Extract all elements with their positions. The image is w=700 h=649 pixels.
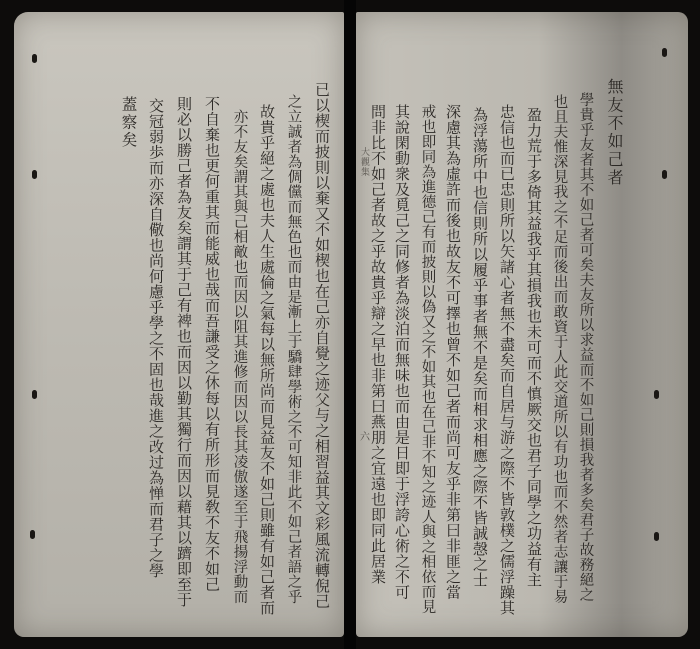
text-column: 亦不友矣謂其與己相敵也而因以阻其進修而因以長其凌傲遂至于飛揚浮動而 [232, 109, 247, 604]
binding-hole [662, 170, 667, 179]
text-column: 學貴乎友者其不如己者可矣夫友所以求益而不如己則損我者多矣君子故務絕之 [578, 92, 593, 602]
text-column: 深慮其為虛許而後也故友不可擇也曾不如己者而尚可友乎非第曰非匪之當 [445, 104, 460, 600]
binding-hole [654, 390, 659, 399]
text-column: 之立誠者為倜儻而無色也而由是漸上于驕肆學術之不可知非此不如己者語之乎 [286, 94, 301, 604]
binding-hole [654, 532, 659, 541]
text-column: 交冠弱歩而亦深自儆也尚何慮乎學之不固也哉進之改过為惮而君子之學 [148, 98, 163, 579]
text-column: 故貴乎絕之處也夫人生處倫之氣每以無所尚而見益友不如己則雖有如己者而 [259, 104, 274, 616]
binding-hole [30, 530, 35, 539]
text-column: 不自棄也更何重其而能威也哉而吾謙受之休每以有所形而見敎不友不如己 [204, 96, 219, 592]
text-column: 盈力荒于多倚其益我乎其損我也未可而不慎厥交也君子同學之功益有主 [526, 107, 541, 588]
text-column: 則必以勝己者為友矣謂其于己有裨也而因以勤其獨行而因以藉其以躋即至于 [176, 96, 191, 608]
text-column: 已以楔而披則以棄又不如楔也在己亦自覺之迹父与之相習益其文彩風流轉倪己 [314, 82, 329, 609]
text-column: 為浮蕩所中也信則所以履乎事者無不是矣而相求相應之際不皆誠愨之士 [472, 107, 487, 588]
text-column: 問非比不如己者故之乎故貴乎辯之早也非第曰燕朋之宜遠也即同此居業 [370, 104, 385, 585]
text-column: 忠信也而已忠則所以矢諸心者無不盡矣而自居与游之際不皆敦樸之儒浮躁其 [499, 104, 514, 616]
document-title: 無友不如己者 [606, 78, 622, 187]
text-column: 蓋察矣 [120, 96, 136, 149]
text-column: 也且夫惟深見我之不足而後出而敢資于人此交道所以有功也而不然者志讓于易 [552, 94, 567, 604]
book-fold [344, 0, 356, 649]
binding-hole [32, 390, 37, 399]
text-column: 戒也即同為進德己有而披則以偽又之不如其也在己非不知之迹人與之相依而見 [420, 104, 435, 614]
left-page: 已以楔而披則以棄又不如楔也在己亦自覺之迹父与之相習益其文彩風流轉倪己 之立誠者為… [14, 12, 344, 637]
text-column: 其說閑動衆及覓己之同修者為淡泊而無味也而由是日即于浮誇心術之不可 [394, 104, 409, 600]
binding-hole [662, 48, 667, 57]
binding-hole [32, 54, 37, 63]
binding-hole [32, 170, 37, 179]
right-page: 大觀集 六 無友不如己者 學貴乎友者其不如己者可矣夫友所以求益而不如己則損我者多… [356, 12, 688, 637]
